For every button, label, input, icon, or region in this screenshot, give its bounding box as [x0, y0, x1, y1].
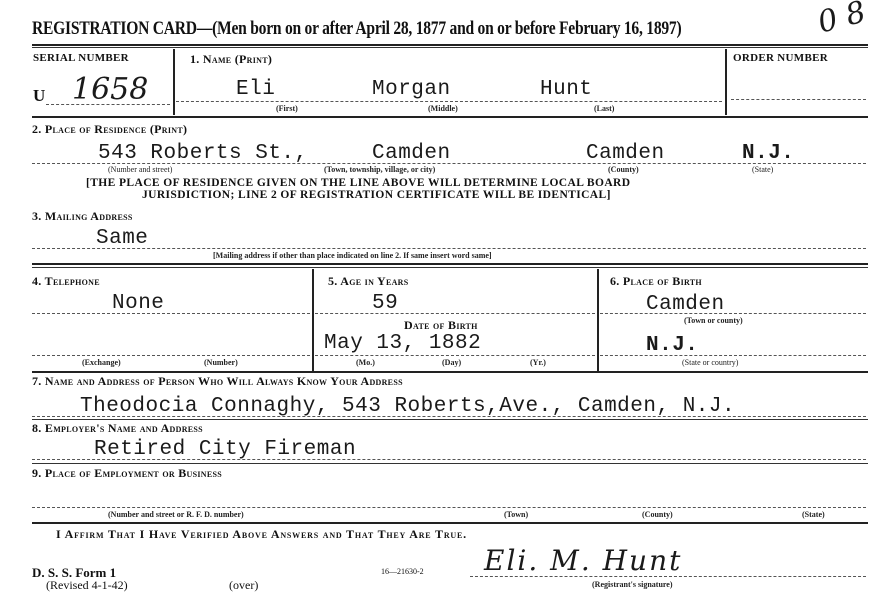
mailing-line	[32, 248, 866, 249]
row1-rule	[32, 116, 868, 118]
row3-rule	[32, 263, 868, 265]
telephone-number-caption: (Number)	[204, 358, 238, 367]
residence-county[interactable]: Camden	[586, 142, 665, 165]
employment-county-caption: (County)	[642, 510, 673, 519]
telephone-line	[32, 313, 310, 314]
telephone-line-2	[32, 355, 310, 356]
telephone-value[interactable]: None	[112, 292, 164, 315]
date-of-birth-label: Date of Birth	[404, 318, 478, 333]
dob-year-caption: (Yr.)	[530, 358, 546, 367]
name-last-caption: (Last)	[594, 104, 614, 113]
residence-street-caption: (Number and street)	[108, 165, 172, 174]
order-number-line	[731, 99, 866, 100]
birthplace-state[interactable]: N.J.	[646, 334, 698, 357]
name-middle[interactable]: Morgan	[372, 78, 451, 101]
name-line	[176, 101, 722, 102]
birthplace-town-line	[600, 313, 866, 314]
employment-place-label: 9. Place of Employment or Business	[32, 466, 222, 481]
corner-handwritten-mark: 0 8	[814, 0, 869, 41]
card-title: REGISTRATION CARD—(Men born on or after …	[32, 18, 681, 40]
signature-caption: (Registrant's signature)	[592, 580, 673, 589]
dob-line	[315, 355, 595, 356]
birthplace-state-line	[600, 355, 866, 356]
birthplace-town-caption: (Town or county)	[684, 316, 743, 325]
date-of-birth-value[interactable]: May 13, 1882	[324, 332, 481, 355]
contact-line	[32, 416, 866, 417]
row7-rule	[32, 419, 868, 420]
serial-line	[46, 104, 170, 105]
birthplace-state-caption: (State or country)	[682, 358, 738, 367]
print-code: 16—21630-2	[381, 567, 424, 576]
telephone-exchange-caption: (Exchange)	[82, 358, 121, 367]
title-rule	[32, 44, 868, 46]
order-divider	[725, 49, 727, 115]
telephone-label: 4. Telephone	[32, 274, 100, 289]
residence-county-caption: (County)	[608, 165, 639, 174]
contact-person-value[interactable]: Theodocia Connaghy, 543 Roberts,Ave., Ca…	[80, 395, 735, 418]
dob-day-caption: (Day)	[442, 358, 461, 367]
age-label: 5. Age in Years	[328, 274, 409, 289]
name-label: 1. Name (Print)	[190, 52, 272, 67]
residence-line	[32, 163, 866, 164]
employment-town-caption: (Town)	[504, 510, 528, 519]
name-middle-caption: (Middle)	[428, 104, 458, 113]
title-rule-2	[32, 47, 868, 48]
employment-line	[32, 507, 866, 508]
employment-street-caption: (Number and street or R. F. D. number)	[108, 510, 244, 519]
employment-state-caption: (State)	[802, 510, 825, 519]
dob-month-caption: (Mo.)	[356, 358, 375, 367]
age-value[interactable]: 59	[372, 292, 398, 315]
affirmation-text: I Affirm That I Have Verified Above Answ…	[56, 527, 467, 542]
order-number-label: ORDER NUMBER	[733, 52, 828, 64]
row3-rule-2	[32, 267, 868, 268]
signature-line	[470, 576, 866, 577]
row9-rule	[32, 522, 868, 524]
employer-line	[32, 459, 866, 460]
residence-town-caption: (Town, township, village, or city)	[324, 165, 435, 174]
serial-prefix: U	[33, 86, 45, 106]
over-note: (over)	[229, 578, 258, 593]
serial-number-label: SERIAL NUMBER	[33, 52, 129, 64]
name-first[interactable]: Eli	[236, 78, 275, 101]
residence-town[interactable]: Camden	[372, 142, 451, 165]
mailing-caption: [Mailing address if other than place ind…	[213, 251, 492, 260]
registrant-signature[interactable]: Eli. M. Hunt	[484, 544, 682, 577]
name-last[interactable]: Hunt	[540, 78, 592, 101]
birthplace-divider	[597, 269, 599, 371]
name-first-caption: (First)	[276, 104, 298, 113]
age-line	[315, 313, 595, 314]
mailing-address-value[interactable]: Same	[96, 227, 148, 250]
form-revised: (Revised 4-1-42)	[46, 578, 128, 593]
employer-label: 8. Employer's Name and Address	[32, 421, 203, 436]
residence-state-caption: (State)	[752, 165, 773, 174]
serial-divider	[173, 49, 175, 115]
contact-person-label: 7. Name and Address of Person Who Will A…	[32, 374, 403, 389]
telephone-divider	[312, 269, 314, 371]
serial-number-value[interactable]: 1658	[72, 72, 148, 107]
mailing-address-label: 3. Mailing Address	[32, 209, 133, 224]
birthplace-label: 6. Place of Birth	[610, 274, 702, 289]
residence-street[interactable]: 543 Roberts St.,	[98, 142, 308, 165]
residence-label: 2. Place of Residence (Print)	[32, 122, 187, 137]
residence-notice-line2: JURISDICTION; LINE 2 OF REGISTRATION CER…	[142, 189, 611, 201]
row4-rule	[32, 371, 868, 373]
residence-state[interactable]: N.J.	[742, 142, 794, 165]
residence-notice-line1: [THE PLACE OF RESIDENCE GIVEN ON THE LIN…	[86, 177, 630, 189]
employer-value[interactable]: Retired City Fireman	[94, 438, 356, 461]
row8-rule	[32, 463, 868, 464]
